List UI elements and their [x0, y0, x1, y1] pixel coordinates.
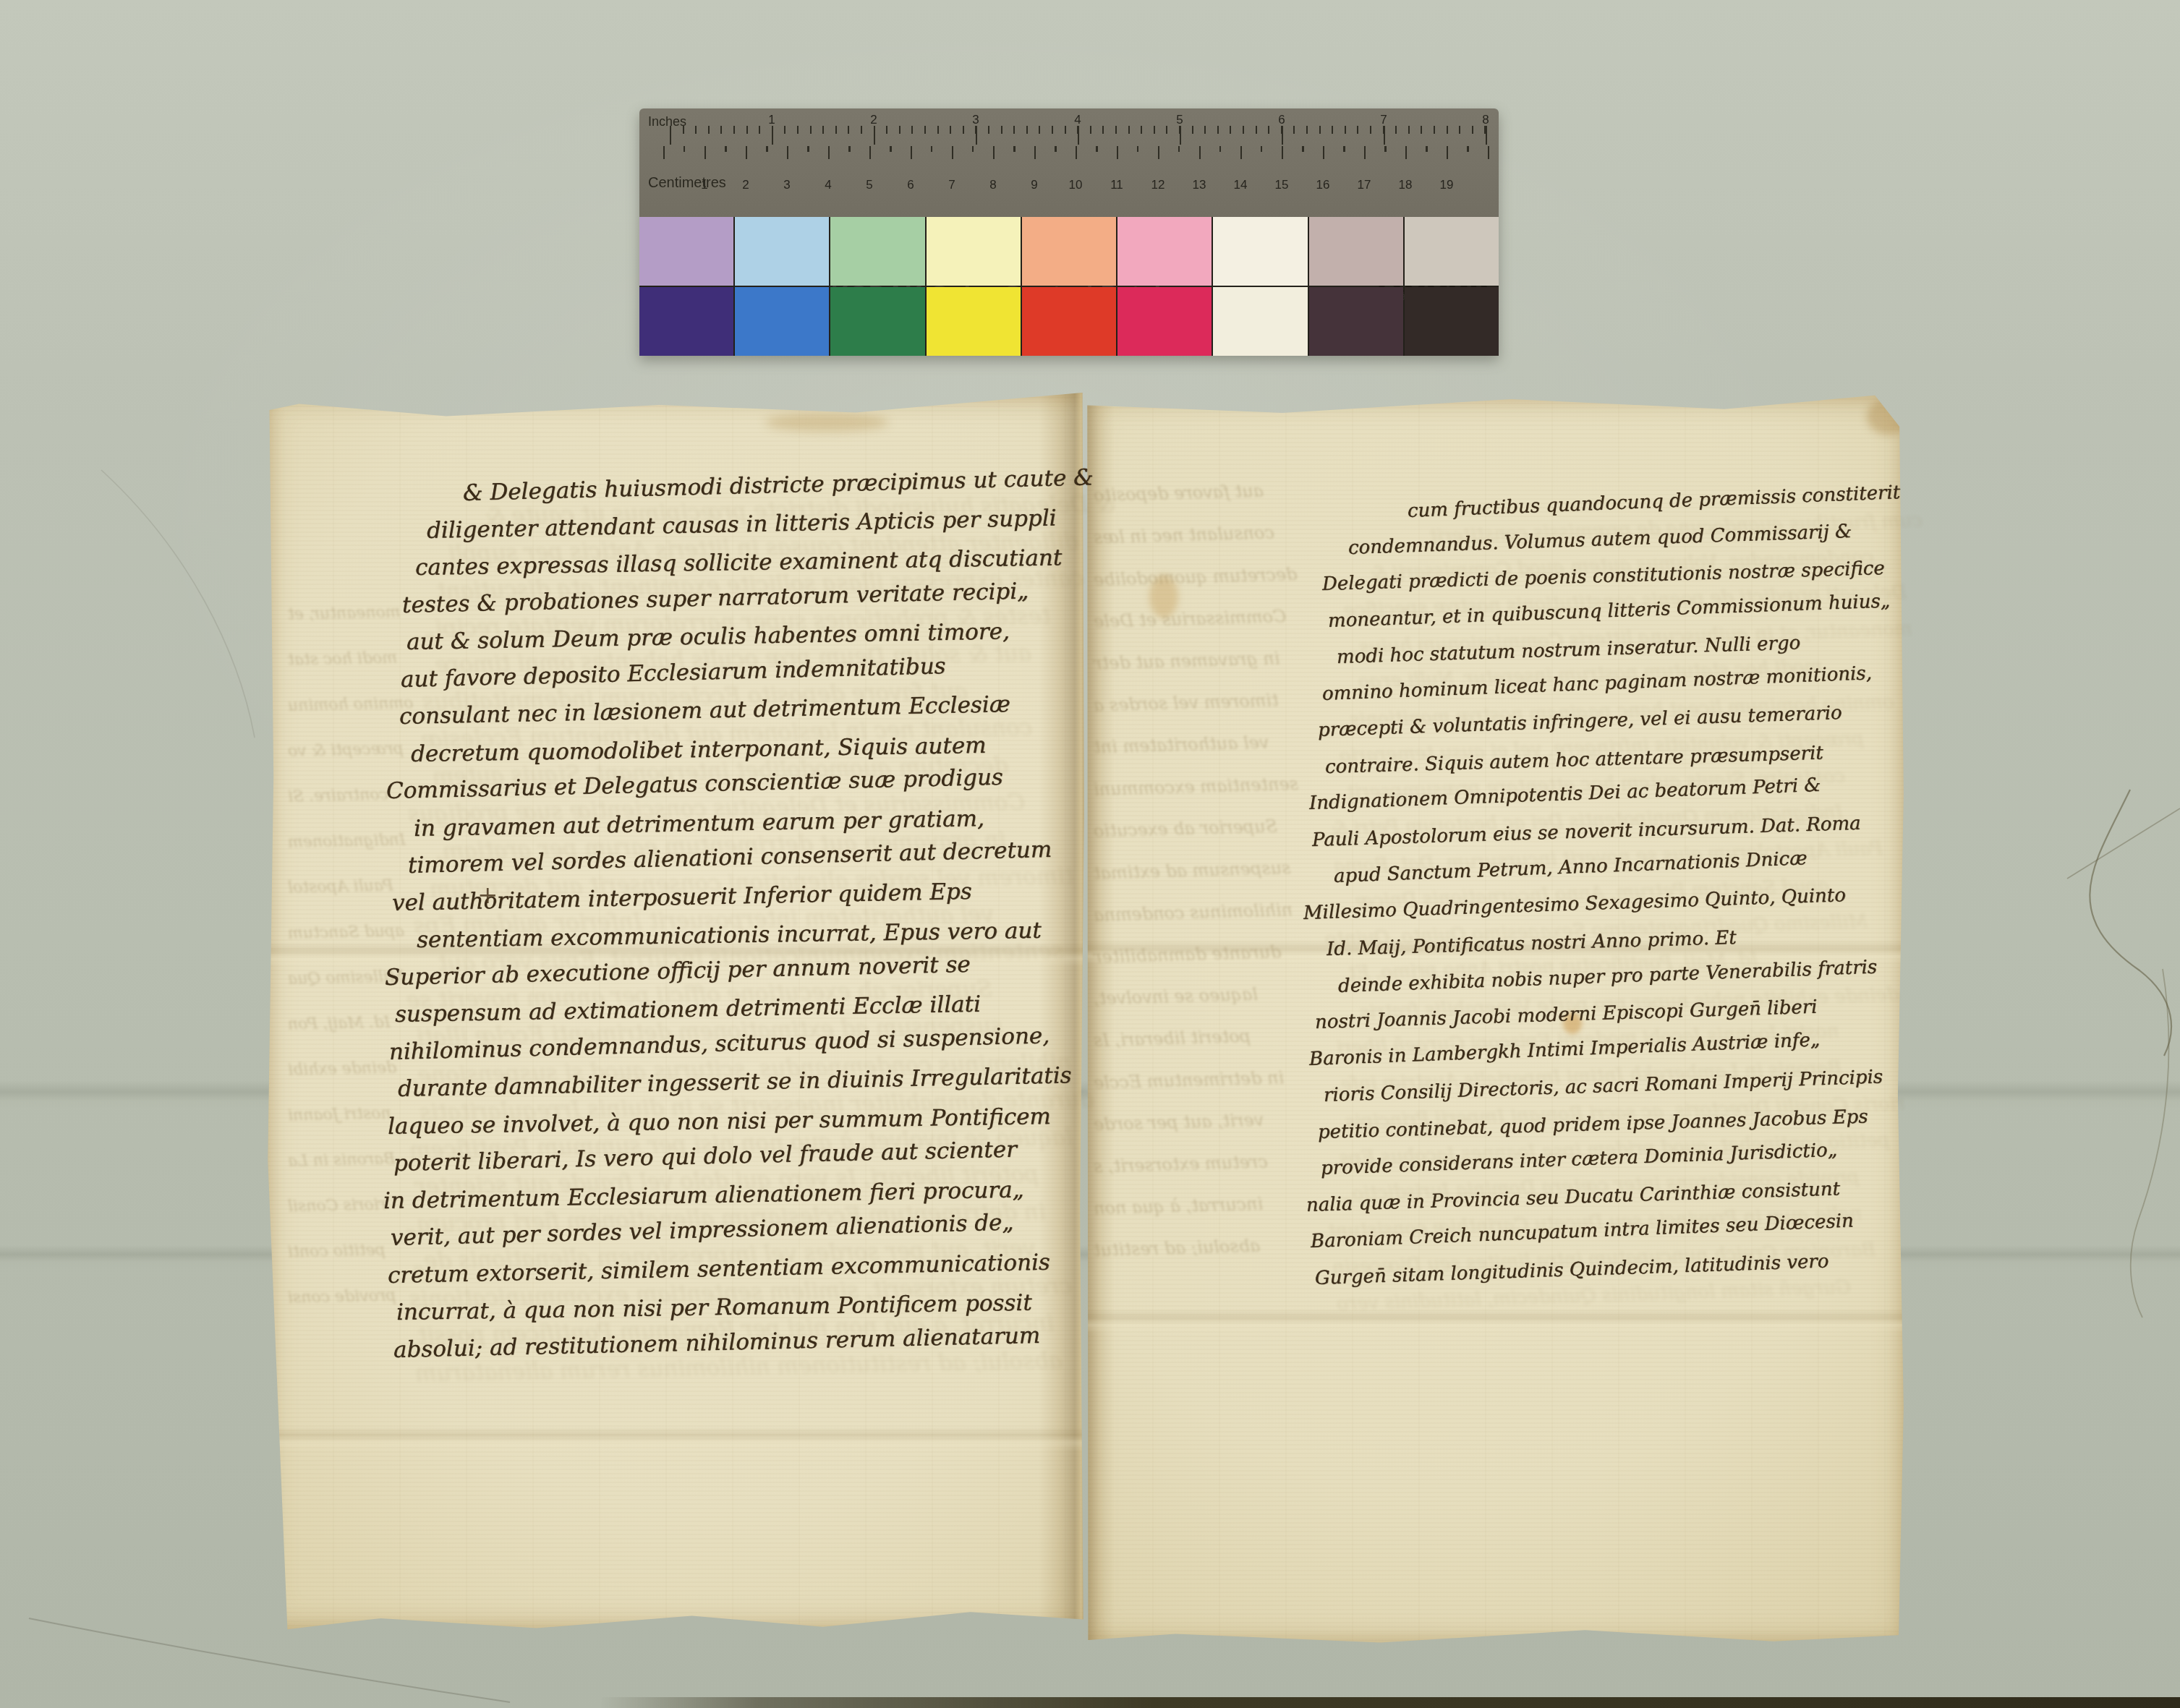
centimetres-label: Centimetres [648, 175, 726, 192]
stain [765, 413, 888, 432]
ink-showthrough-line: apud Sanctum [288, 922, 404, 942]
patch-swatch-light [735, 217, 829, 286]
ink-showthrough-line: modi hoc stat [288, 649, 398, 669]
ink-showthrough-line: vel authoritatem int [1094, 733, 1269, 758]
ink-showthrough-line: rioris Consil [288, 1196, 387, 1216]
patch-swatch-dark [639, 287, 733, 356]
ink-showthrough-line: decretum quomodolibe [1094, 564, 1298, 590]
cm-number: 13 [1193, 178, 1206, 192]
inch-number: 6 [1278, 113, 1285, 127]
patch-swatch-dark [1022, 287, 1116, 356]
ink-showthrough-line: Commissarius et Dele [1094, 606, 1287, 631]
inch-number: 7 [1380, 113, 1387, 127]
table-edge-strip [600, 1697, 2180, 1708]
ink-showthrough-line: Indignationem [288, 831, 406, 851]
ink-showthrough-line: cretum extorserit, s [1094, 1152, 1268, 1177]
patch-swatch-light [1405, 217, 1499, 286]
cm-number: 8 [989, 178, 996, 192]
inch-number: 1 [768, 113, 775, 127]
ink-showthrough-line: nostri Joanni [288, 1105, 391, 1125]
inch-number: 3 [972, 113, 979, 127]
ink-showthrough-line: provide consi [288, 1286, 396, 1307]
patch-swatch-dark [1309, 287, 1403, 356]
ink-showthrough-line: durante damnabiliter [1094, 941, 1282, 967]
patch-swatch-dark [927, 287, 1021, 356]
ink-showthrough-line: præcepti & vo [288, 740, 404, 760]
inch-ruler-ticks [670, 126, 1493, 145]
cm-number: 14 [1234, 178, 1248, 192]
cm-number: 9 [1031, 178, 1037, 192]
cm-number: 19 [1440, 178, 1454, 192]
ink-showthrough-line: consulant nec in læs [1094, 523, 1275, 548]
margin-annotation-mark: + [477, 881, 498, 910]
ink-showthrough-line: aut favore deposito [1094, 481, 1264, 506]
ink-showthrough-line: Pauli Apostol [288, 876, 393, 897]
patch-swatch-light [1117, 217, 1212, 286]
cm-number: 12 [1151, 178, 1165, 192]
ink-showthrough-line: verit, aut per sorde [1094, 1110, 1264, 1135]
cm-number: 7 [948, 178, 955, 192]
patch-swatch-light [830, 217, 924, 286]
inch-number: 5 [1176, 113, 1183, 127]
ink-showthrough-line: absolui; ad restitut [1094, 1236, 1261, 1260]
page-crease [266, 1427, 1085, 1451]
patch-swatch-light [927, 217, 1021, 286]
ink-showthrough-line: sententiam excommuni [1094, 774, 1299, 800]
patch-swatch-dark [1405, 287, 1499, 356]
stain [1867, 398, 1910, 435]
cm-number: 4 [825, 178, 831, 192]
inch-number: 2 [870, 113, 877, 127]
ink-showthrough-line: in detrimentum Eccle [1094, 1067, 1285, 1093]
cm-number: 16 [1316, 178, 1330, 192]
ink-showthrough-line: incurrat, à qua non [1094, 1194, 1264, 1219]
cm-number: 6 [907, 178, 914, 192]
kodak-color-control-bar: Inches 12345678 123456789101112131415161… [639, 108, 1499, 356]
ink-showthrough-line: suspensum ad extimat [1094, 858, 1291, 884]
ink-showthrough-line: nihilominus condemna [1094, 900, 1293, 926]
cm-number: 17 [1358, 178, 1371, 192]
patch-swatch-light [1213, 217, 1307, 286]
patch-swatch-light [1022, 217, 1116, 286]
ink-showthrough-line: timorem vel sordes a [1094, 690, 1279, 715]
patch-swatch-dark [830, 287, 924, 356]
ink-showthrough-line: omnino hominu [288, 694, 414, 715]
ink-showthrough-line: poterit liberari, Is [1094, 1026, 1251, 1051]
cm-ruler-ticks [663, 146, 1493, 159]
inch-number: 4 [1074, 113, 1081, 127]
cm-number: 11 [1110, 178, 1123, 192]
kodak-bar-header: Inches 12345678 123456789101112131415161… [639, 108, 1499, 217]
cm-number: 3 [783, 178, 790, 192]
ink-showthrough-line: moneantur, et [288, 603, 401, 623]
inch-number: 8 [1482, 113, 1489, 127]
cm-number: 5 [866, 178, 872, 192]
ink-showthrough-line: Id. Maij, Pon [288, 1014, 391, 1034]
ink-showthrough-line: Baronis in La [288, 1150, 396, 1170]
ink-showthrough-line: laqueo se involvet, [1094, 984, 1259, 1009]
ink-showthrough-line: petitio conti [288, 1242, 386, 1262]
cm-number: 2 [742, 178, 749, 192]
cm-number: 18 [1399, 178, 1413, 192]
ink-showthrough-line: contraire. Si [288, 786, 388, 806]
patch-swatch-dark [1117, 287, 1212, 356]
patch-swatch-dark [735, 287, 829, 356]
ink-showthrough-line: Superior ab executio [1094, 816, 1278, 841]
cm-number: 15 [1275, 178, 1289, 192]
cm-number: 10 [1069, 178, 1083, 192]
page-crease [1086, 1309, 1904, 1333]
patch-swatch-dark [1213, 287, 1307, 356]
patch-swatch-light [639, 217, 733, 286]
color-patches-grid [639, 217, 1499, 356]
patch-swatch-light [1309, 217, 1403, 286]
ink-showthrough-line: in gravamen aut detr [1094, 648, 1280, 673]
ink-showthrough-line: deinde exhibi [288, 1059, 397, 1079]
photo-scene: Inches 12345678 123456789101112131415161… [0, 0, 2180, 1708]
